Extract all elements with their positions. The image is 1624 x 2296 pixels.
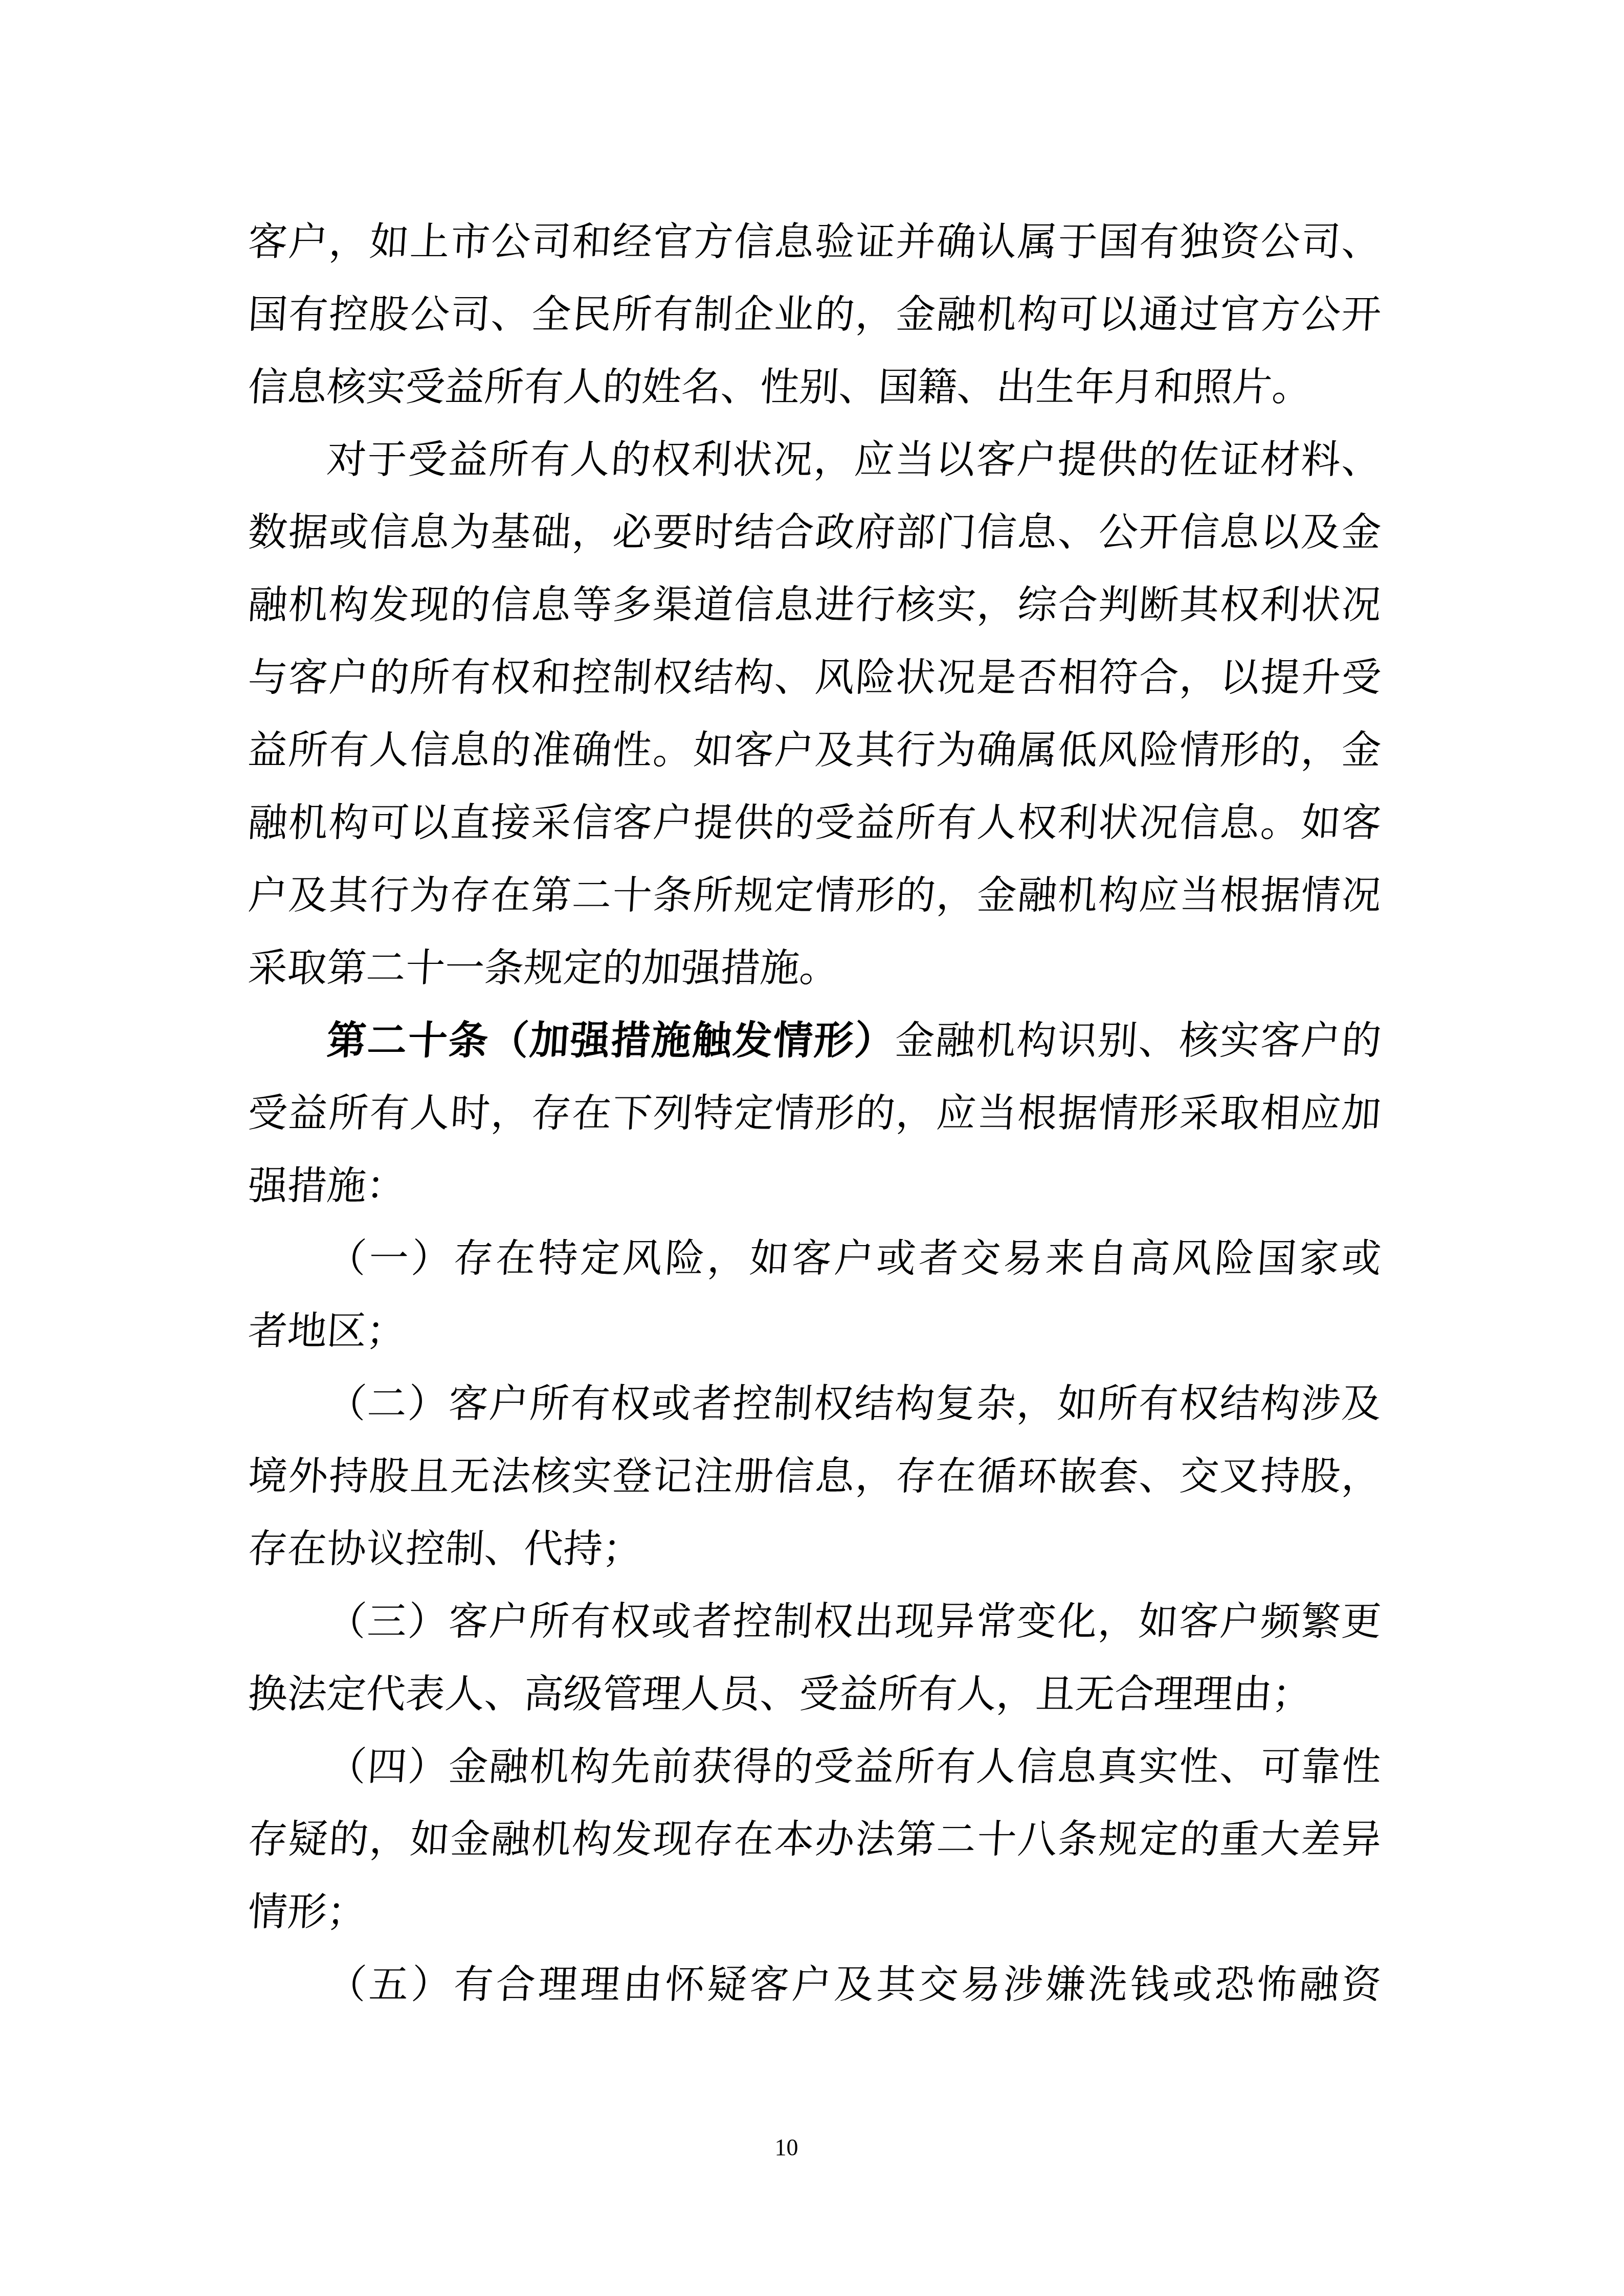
text-run: 客户，如上市公司和经官方信息验证并确认属于国有独资公司、 xyxy=(247,220,1382,264)
text-run: 存在协议控制、代持； xyxy=(247,1527,643,1571)
text-run: （四）金融机构先前获得的受益所有人信息真实性、可靠性 xyxy=(325,1745,1382,1789)
document-body: 客户，如上市公司和经官方信息验证并确认属于国有独资公司、国有控股公司、全民所有制… xyxy=(248,206,1381,2021)
text-run: 与客户的所有权和控制权结构、风险状况是否相符合，以提升受 xyxy=(247,656,1382,700)
text-line: （一）存在特定风险，如客户或者交易来自高风险国家或 xyxy=(246,1222,1384,1295)
text-run: 信息核实受益所有人的姓名、性别、国籍、出生年月和照片。 xyxy=(247,365,1312,409)
text-line: 换法定代表人、高级管理人员、受益所有人，且无合理理由； xyxy=(246,1658,1384,1730)
text-line: 信息核实受益所有人的姓名、性别、国籍、出生年月和照片。 xyxy=(246,351,1384,423)
text-run: 者地区； xyxy=(247,1309,407,1353)
text-run: 采取第二十一条规定的加强措施。 xyxy=(247,946,840,990)
text-run: （二）客户所有权或者控制权结构复杂，如所有权结构涉及 xyxy=(325,1382,1382,1426)
text-run: 强措施： xyxy=(247,1164,407,1208)
text-run: 融机构发现的信息等多渠道信息进行核实，综合判断其权利状况 xyxy=(247,583,1382,627)
text-line: 强措施： xyxy=(246,1150,1384,1222)
text-run: 金融机构识别、核实客户的 xyxy=(894,1019,1382,1063)
text-run: （五）有合理理由怀疑客户及其交易涉嫌洗钱或恐怖融资 xyxy=(325,1963,1382,2007)
text-line: 采取第二十一条规定的加强措施。 xyxy=(246,932,1384,1004)
text-line: （三）客户所有权或者控制权出现异常变化，如客户频繁更 xyxy=(246,1585,1384,1658)
text-line: （五）有合理理由怀疑客户及其交易涉嫌洗钱或恐怖融资 xyxy=(246,1948,1384,2021)
text-run: 数据或信息为基础，必要时结合政府部门信息、公开信息以及金 xyxy=(247,510,1382,554)
text-run: （一）存在特定风险，如客户或者交易来自高风险国家或 xyxy=(325,1236,1382,1280)
text-line: 存疑的，如金融机构发现存在本办法第二十八条规定的重大差异 xyxy=(246,1803,1384,1876)
text-line: 境外持股且无法核实登记注册信息，存在循环嵌套、交叉持股， xyxy=(246,1440,1384,1513)
text-line: 者地区； xyxy=(246,1295,1384,1367)
document-page: 客户，如上市公司和经官方信息验证并确认属于国有独资公司、国有控股公司、全民所有制… xyxy=(0,0,1624,2296)
text-run: 情形； xyxy=(247,1890,367,1934)
text-line: 对于受益所有人的权利状况，应当以客户提供的佐证材料、 xyxy=(246,423,1384,496)
text-line: 与客户的所有权和控制权结构、风险状况是否相符合，以提升受 xyxy=(246,641,1384,714)
text-line: 数据或信息为基础，必要时结合政府部门信息、公开信息以及金 xyxy=(246,496,1384,569)
text-run: 户及其行为存在第二十条所规定情形的，金融机构应当根据情况 xyxy=(247,873,1382,917)
text-line: 国有控股公司、全民所有制企业的，金融机构可以通过官方公开 xyxy=(246,278,1384,351)
text-run: 境外持股且无法核实登记注册信息，存在循环嵌套、交叉持股， xyxy=(247,1454,1382,1498)
text-line: （二）客户所有权或者控制权结构复杂，如所有权结构涉及 xyxy=(246,1367,1384,1440)
text-run: 国有控股公司、全民所有制企业的，金融机构可以通过官方公开 xyxy=(247,292,1382,336)
text-line: 户及其行为存在第二十条所规定情形的，金融机构应当根据情况 xyxy=(246,859,1384,932)
text-run: 受益所有人时，存在下列特定情形的，应当根据情形采取相应加 xyxy=(247,1091,1382,1135)
text-run: 换法定代表人、高级管理人员、受益所有人，且无合理理由； xyxy=(247,1672,1312,1716)
text-run: （三）客户所有权或者控制权出现异常变化，如客户频繁更 xyxy=(325,1600,1382,1644)
page-number: 10 xyxy=(0,2131,1598,2164)
article-heading-run: 第二十条（加强措施触发情形） xyxy=(325,1019,896,1063)
text-line: 融机构发现的信息等多渠道信息进行核实，综合判断其权利状况 xyxy=(246,569,1384,641)
text-run: 益所有人信息的准确性。如客户及其行为确属低风险情形的，金 xyxy=(247,728,1382,772)
text-line: 融机构可以直接采信客户提供的受益所有人权利状况信息。如客 xyxy=(246,786,1384,859)
text-run: 对于受益所有人的权利状况，应当以客户提供的佐证材料、 xyxy=(325,438,1382,482)
text-run: 存疑的，如金融机构发现存在本办法第二十八条规定的重大差异 xyxy=(247,1817,1382,1861)
text-line: 情形； xyxy=(246,1876,1384,1948)
text-line: 存在协议控制、代持； xyxy=(246,1513,1384,1585)
text-line: 益所有人信息的准确性。如客户及其行为确属低风险情形的，金 xyxy=(246,714,1384,786)
text-line: 第二十条（加强措施触发情形）金融机构识别、核实客户的 xyxy=(246,1004,1384,1077)
text-line: 受益所有人时，存在下列特定情形的，应当根据情形采取相应加 xyxy=(246,1077,1384,1150)
text-line: 客户，如上市公司和经官方信息验证并确认属于国有独资公司、 xyxy=(246,206,1384,278)
text-run: 融机构可以直接采信客户提供的受益所有人权利状况信息。如客 xyxy=(247,801,1382,845)
text-line: （四）金融机构先前获得的受益所有人信息真实性、可靠性 xyxy=(246,1730,1384,1803)
